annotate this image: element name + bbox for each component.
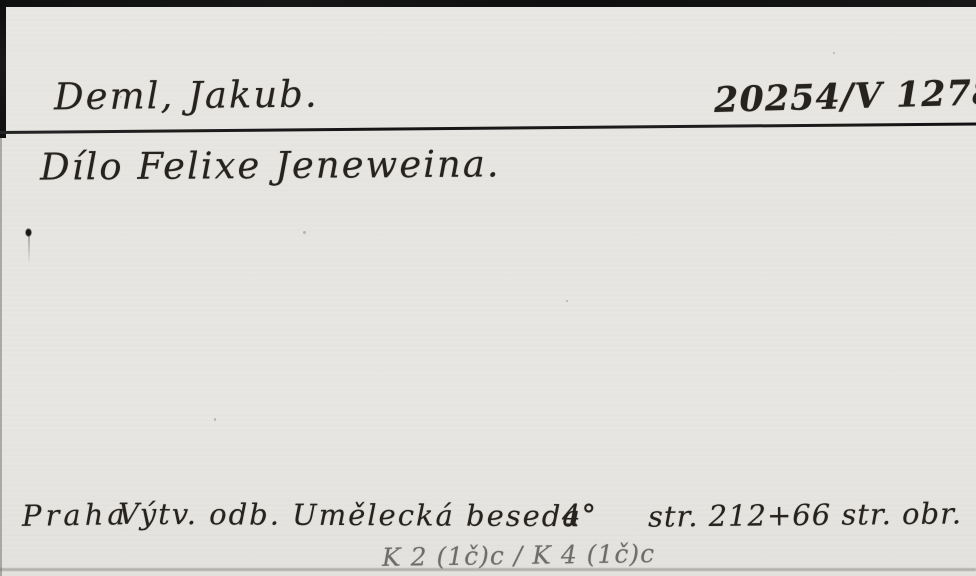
ink-blot-smear bbox=[28, 236, 30, 264]
imprint-format: 4° bbox=[562, 498, 597, 532]
imprint-collation: str. 212+66 str. obr. bbox=[648, 496, 962, 533]
paper-speck bbox=[566, 300, 568, 302]
imprint-place: Praha bbox=[22, 497, 129, 533]
paper-speck bbox=[120, 96, 122, 98]
header-rule-line bbox=[0, 122, 976, 134]
pencil-classmark: K 2 (1č)c / K 4 (1č)c bbox=[382, 539, 655, 572]
scan-edge-left bbox=[0, 0, 6, 138]
shelf-number: 20254/V 1278 bbox=[713, 72, 976, 121]
catalog-card-scan: Deml, Jakub. 20254/V 1278 Dílo Felixe Je… bbox=[0, 0, 976, 576]
paper-speck bbox=[303, 231, 306, 234]
imprint-publisher: Výtv. odb. Umělecká beseda bbox=[118, 497, 582, 533]
author-heading: Deml, Jakub. bbox=[54, 73, 319, 119]
scan-edge-top bbox=[0, 0, 976, 7]
paper-speck bbox=[833, 52, 835, 54]
paper-speck bbox=[214, 418, 216, 421]
work-title: Dílo Felixe Jeneweina. bbox=[40, 142, 501, 188]
